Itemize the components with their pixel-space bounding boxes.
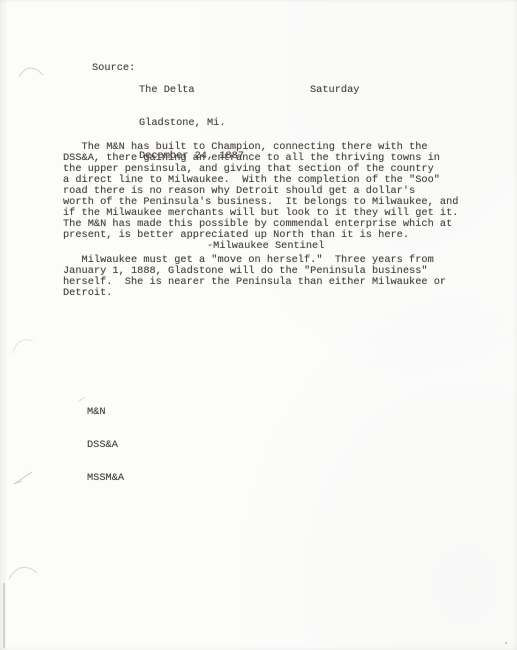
source-publication: The Delta: [139, 85, 244, 96]
article-paragraph-2: Milwaukee must get a "move on herself." …: [63, 255, 473, 299]
pencil-tick-mark: [79, 397, 85, 401]
page-edge-shadow-right: [512, 0, 517, 650]
index-abbreviations: M&N DSS&A MSSM&A: [87, 385, 124, 506]
scan-speck: [505, 642, 507, 644]
abbreviation-mn: M&N: [87, 407, 124, 418]
scanned-document-page: Source: The Delta Gladstone, Mi. Decembe…: [0, 0, 517, 650]
abbreviation-mssma: MSSM&A: [87, 473, 124, 484]
article-paragraph-1: The M&N has built to Champion, connectin…: [63, 142, 473, 241]
paper-curl-mark-bottom: [9, 567, 37, 579]
pencil-check-mark: [14, 472, 32, 484]
page-edge-shadow-top: [0, 0, 517, 3]
paper-curl-mark-middle: [13, 340, 33, 353]
source-day: Saturday: [310, 85, 359, 96]
paper-curl-mark-top: [19, 68, 43, 77]
source-label: Source:: [92, 63, 135, 74]
page-edge-shadow-bottom: [0, 646, 517, 650]
attribution: -Milwaukee Sentinel: [63, 241, 473, 252]
article-body: The M&N has built to Champion, connectin…: [63, 142, 473, 299]
page-edge-shadow-left: [0, 0, 7, 650]
abbreviation-dssa: DSS&A: [87, 440, 124, 451]
source-location: Gladstone, Mi.: [139, 118, 244, 129]
scan-artifacts: [0, 0, 517, 650]
